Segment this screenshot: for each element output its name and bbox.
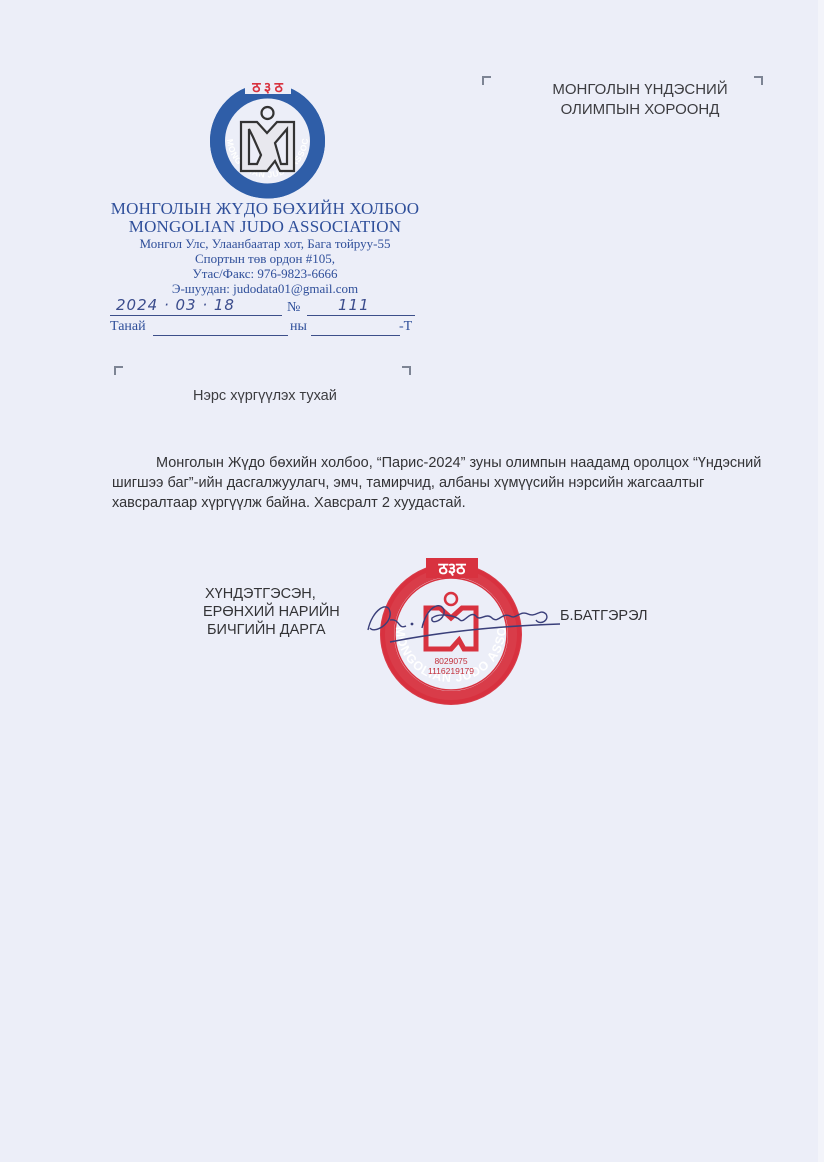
address-line-1: Монгол Улс, Улаанбаатар хот, Бага тойруу… xyxy=(100,236,430,251)
stamp-code-1: 8029075 xyxy=(434,656,467,666)
letter-date: 2024 · 03 · 18 xyxy=(116,296,235,314)
email: Э-шуудан: judodata01@gmail.com xyxy=(100,281,430,296)
org-name-mn: МОНГОЛЫН ЖҮДО БӨХИЙН ХОЛБОО xyxy=(100,200,430,218)
recipient-line-1: МОНГОЛЫН ҮНДЭСНИЙ xyxy=(520,80,760,100)
address-line-2: Спортын төв ордон #105, xyxy=(100,251,430,266)
signature-title: ХҮНДЭТГЭСЭН, ЕРӨНХИЙ НАРИЙН БИЧГИЙН ДАРГ… xyxy=(205,585,340,639)
phone: Утас/Факс: 976-9823-6666 xyxy=(100,266,430,281)
handwritten-signature-icon xyxy=(360,590,575,650)
letterhead: МОНГОЛЫН ЖҮДО БӨХИЙН ХОЛБОО MONGOLIAN JU… xyxy=(100,200,430,296)
your-label: Танай xyxy=(110,319,146,335)
bracket-recipient-left xyxy=(482,76,491,85)
reply-ref-row: Танай ны -Т xyxy=(110,318,415,338)
date-number-row: 2024 · 03 · 18 № 111 xyxy=(110,298,415,318)
title-line-2: БИЧГИЙН ДАРГА xyxy=(207,621,340,639)
svg-text:ठ३ठ: ठ३ठ xyxy=(438,561,467,578)
ny-label: ны xyxy=(290,319,307,335)
t-suffix: -Т xyxy=(399,319,412,335)
svg-text:ठ ३ ठ: ठ ३ ठ xyxy=(251,81,283,96)
page-edge xyxy=(818,0,824,1162)
subject: Нэрс хүргүүлэх тухай xyxy=(193,388,337,404)
bracket-subject-left xyxy=(114,366,123,375)
title-line-1: ЕРӨНХИЙ НАРИЙН xyxy=(203,603,340,621)
letter-body: Монголын Жүдо бөхийн холбоо, “Парис-2024… xyxy=(112,453,782,513)
closing: ХҮНДЭТГЭСЭН, xyxy=(205,585,340,603)
number-label: № xyxy=(287,300,300,316)
signer-name: Б.БАТГЭРЭЛ xyxy=(560,608,648,624)
body-paragraph: Монголын Жүдо бөхийн холбоо, “Парис-2024… xyxy=(112,453,782,513)
recipient: МОНГОЛЫН ҮНДЭСНИЙ ОЛИМПЫН ХОРООНД xyxy=(520,80,760,120)
association-logo-icon: ठ ३ ठ MONGOLIAN JUDO ASSOCIATION xyxy=(205,75,330,200)
org-name-en: MONGOLIAN JUDO ASSOCIATION xyxy=(100,218,430,236)
recipient-line-2: ОЛИМПЫН ХОРООНД xyxy=(520,100,760,120)
bracket-subject-right xyxy=(402,366,411,375)
stamp-code-2: 1116219179 xyxy=(428,666,474,676)
letter-number: 111 xyxy=(338,296,370,314)
